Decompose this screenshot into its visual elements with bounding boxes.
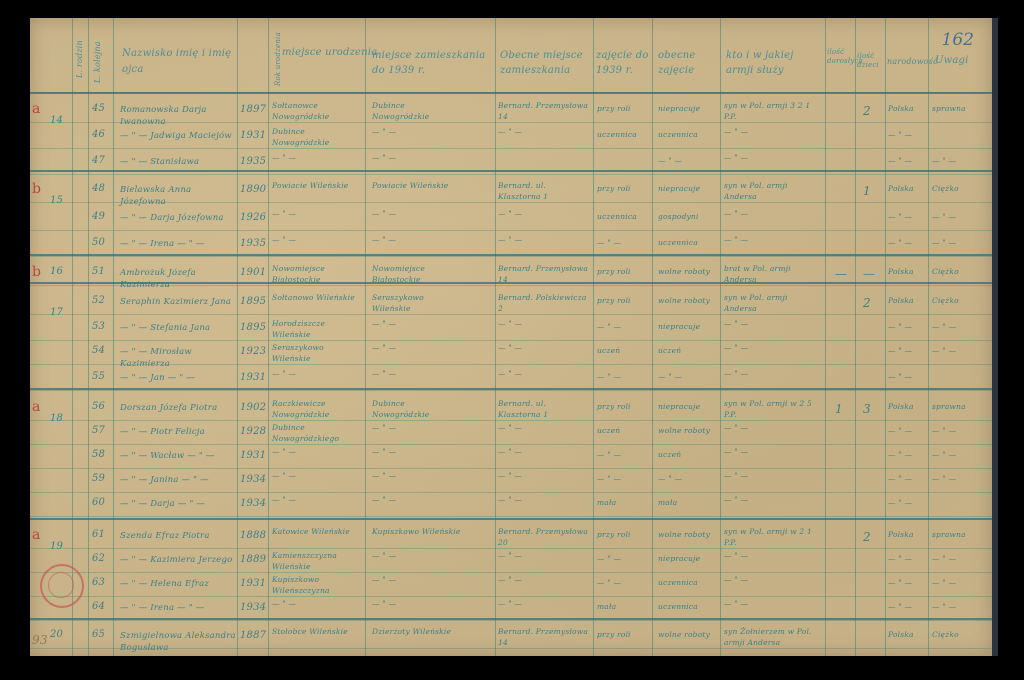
cell-occ1939: przy roli [597,297,631,305]
cell-occ-now: niepracuje [658,323,700,331]
cell-name: — " — Jan — " — [120,373,238,385]
cell-res1939: Dubince Nowogródzkie [372,100,464,123]
register-page: 162 L. rodzin L. kolejna Nazwisko imię i… [30,18,992,656]
header-army: kto i w jakiej armji służy [726,48,822,78]
entry-number: 54 [92,346,105,356]
cell-birth: — " — [272,494,364,505]
cell-current: — " — [498,574,590,585]
cell-remarks: — " — [932,475,956,483]
cell-occ-now: wolne roboty [658,297,710,305]
row-rule [30,364,992,365]
cell-name: — " — Mirosław Kazimierza [120,347,238,371]
cell-res1939: — " — [372,126,464,137]
cell-year: 1931 [240,451,266,461]
cell-current: — " — [498,208,590,219]
family-group-rule [30,282,992,284]
cell-occ1939: przy roli [597,185,631,193]
cell-nat: — " — [888,157,912,165]
cell-nat: — " — [888,427,912,435]
cell-current: — " — [498,550,590,561]
column-rule [885,18,886,656]
sheet-number: 93 [32,634,48,646]
cell-children: — [863,268,875,280]
cell-res1939: — " — [372,550,464,561]
cell-nat: — " — [888,323,912,331]
row-rule [30,468,992,469]
cell-remarks: — " — [932,157,956,165]
entry-number: 62 [92,554,105,564]
cell-army: — " — [724,152,816,163]
family-number: 20 [50,630,63,640]
cell-birth: — " — [272,470,364,481]
family-number: 14 [50,116,63,126]
cell-year: 1934 [240,499,266,509]
cell-name: Romanowska Darja Iwanowna [120,105,238,129]
cell-current: — " — [498,234,590,245]
entry-number: 48 [92,184,105,194]
cell-children: 2 [863,297,871,309]
cell-remarks: sprawna [932,403,966,411]
cell-occ-now: uczeń [658,347,681,355]
cell-name: — " — Jadwiga Maciejów [120,131,238,143]
header-children: ilość dzieci [857,52,885,70]
cell-remarks: — " — [932,579,956,587]
column-rule [593,18,594,656]
cell-occ1939: uczeń [597,347,620,355]
row-rule [30,648,992,649]
cell-occ-now: niepracuje [658,105,700,113]
family-mark: b [32,265,41,279]
cell-birth: Raczkiewicze Nowogródzkie [272,398,364,421]
cell-name: — " — Darja — " — [120,499,238,511]
cell-army: syn Żołnierzem w Pol. armji Andersa [724,626,816,649]
cell-remarks: Ciężko [932,297,959,305]
family-group-rule [30,170,992,172]
cell-birth: — " — [272,368,364,379]
cell-res1939: — " — [372,422,464,433]
cell-occ-now: gospodyni [658,213,699,221]
cell-year: 1934 [240,603,266,613]
cell-nat: Polska [888,531,914,539]
cell-remarks: — " — [932,451,956,459]
cell-name: Ambrożuk Józefa Kazimierza [120,268,238,292]
cell-children: 2 [863,531,871,543]
header-nationality: narodowość [887,58,938,66]
cell-name: Bielawska Anna Józefowna [120,185,238,209]
cell-name: — " — Helena Efraz [120,579,238,591]
cell-occ1939: — " — [597,451,621,459]
header-residence-1939: miejsce zamieszkania do 1939 r. [372,48,492,78]
family-group-rule [30,254,992,256]
cell-nat: — " — [888,475,912,483]
row-rule [30,620,992,621]
row-rule [30,174,992,175]
cell-occ-now: wolne roboty [658,531,710,539]
cell-current: Bernard. ul. Klasztorna 1 [498,398,590,421]
cell-army: — " — [724,494,816,505]
cell-name: Dorszan Józefa Piotra [120,403,238,415]
cell-year: 1934 [240,475,266,485]
cell-army: — " — [724,470,816,481]
cell-occ1939: — " — [597,323,621,331]
cell-year: 1895 [240,297,266,307]
cell-occ1939: — " — [597,373,621,381]
cell-occ1939: uczeń [597,427,620,435]
cell-occ-now: — " — [658,157,682,165]
family-number: 17 [50,308,63,318]
cell-birth: Kamienszczyzna Wileńskie [272,550,364,573]
cell-year: 1931 [240,131,266,141]
cell-army: syn w Pol. armji w 2 1 P.P. [724,526,816,549]
cell-current: Bernard. Przemysłowa 14 [498,100,590,123]
cell-army: syn w Pol. armji Andersa [724,292,816,315]
cell-res1939: — " — [372,574,464,585]
row-rule [30,230,992,231]
cell-name: Szenda Efraz Piotra [120,531,238,543]
cell-remarks: — " — [932,347,956,355]
cell-occ1939: — " — [597,475,621,483]
cell-current: — " — [498,598,590,609]
cell-name: — " — Irena — " — [120,603,238,615]
cell-birth: Stołobce Wileńskie [272,626,364,637]
cell-army: — " — [724,598,816,609]
cell-army: — " — [724,550,816,561]
cell-army: — " — [724,342,816,353]
row-rule [30,444,992,445]
cell-birth: Kupiszkowo Wileńszczyzna [272,574,364,597]
cell-occ-now: uczeń [658,451,681,459]
family-group-rule [30,518,992,520]
cell-year: 1931 [240,373,266,383]
cell-birth: Katowice Wileńskie [272,526,364,537]
cell-occ1939: przy roli [597,631,631,639]
cell-name: Szmigielnowa Aleksandra Bogusława [120,631,238,655]
entry-number: 63 [92,578,105,588]
cell-remarks: — " — [932,555,956,563]
cell-year: 1895 [240,323,266,333]
entry-number: 51 [92,267,105,277]
cell-occ1939: — " — [597,579,621,587]
cell-nat: Polska [888,403,914,411]
family-group-rule [30,388,992,390]
column-rule [72,18,73,656]
entry-number: 59 [92,474,105,484]
entry-number: 58 [92,450,105,460]
cell-army: — " — [724,126,816,137]
cell-current: — " — [498,470,590,481]
column-rule [88,18,89,656]
cell-birth: — " — [272,208,364,219]
cell-children: 1 [863,185,871,197]
cell-occ1939: przy roli [597,268,631,276]
header-birth-year: Rok urodzenia [275,32,282,86]
cell-nat: Polska [888,185,914,193]
cell-res1939: Dzierżoty Wileńskie [372,626,464,637]
cell-occ-now: mała [658,499,677,507]
cell-occ-now: uczennica [658,603,698,611]
column-rule [113,18,114,656]
entry-number: 49 [92,212,105,222]
cell-occ1939: przy roli [597,105,631,113]
cell-army: — " — [724,446,816,457]
cell-birth: Seraszykowo Wileńskie [272,342,364,365]
cell-occ-now: niepracuje [658,403,700,411]
column-rule [652,18,653,656]
cell-current: — " — [498,446,590,457]
cell-occ1939: — " — [597,239,621,247]
cell-res1939: — " — [372,152,464,163]
cell-remarks: sprawna [932,531,966,539]
cell-occ-now: uczennica [658,131,698,139]
cell-res1939: — " — [372,470,464,481]
column-rule [720,18,721,656]
cell-nat: — " — [888,131,912,139]
entry-number: 57 [92,426,105,436]
cell-nat: — " — [888,555,912,563]
cell-year: 1890 [240,185,266,195]
entry-number: 61 [92,530,105,540]
family-group-rule [30,92,992,94]
cell-nat: Polska [888,631,914,639]
cell-birth: Sołtanowce Nowogródzkie [272,100,364,123]
header-occupation-1939: zajęcie do 1939 r. [596,48,652,78]
cell-res1939: — " — [372,494,464,505]
entry-number: 53 [92,322,105,332]
header-name: Nazwisko imię i imię ojca [122,46,232,78]
cell-occ1939: mała [597,603,616,611]
cell-army: — " — [724,234,816,245]
family-mark: a [32,528,41,542]
cell-year: 1923 [240,347,266,357]
cell-current: Bernard. Przemysłowa 20 [498,526,590,549]
cell-res1939: Seraszykowo Wileńskie [372,292,464,315]
row-rule [30,256,992,257]
cell-name: — " — Stanisława [120,157,238,169]
cell-nat: — " — [888,579,912,587]
cell-remarks: sprawna [932,105,966,113]
row-rule [30,516,992,517]
cell-army: syn w Pol. armji Andersa [724,180,816,203]
row-rule [30,390,992,391]
cell-res1939: — " — [372,368,464,379]
family-number: 16 [50,267,63,277]
cell-year: 1888 [240,531,266,541]
entry-number: 47 [92,156,105,166]
row-rule [30,148,992,149]
header-remarks: Uwagi [935,56,969,66]
cell-birth: — " — [272,152,364,163]
cell-occ1939: uczennica [597,213,637,221]
cell-year: 1931 [240,579,266,589]
header-adults: ilość dorosłych [827,48,855,66]
cell-nat: — " — [888,213,912,221]
cell-remarks: Ciężko [932,631,959,639]
cell-occ1939: mała [597,499,616,507]
cell-nat: Polska [888,297,914,305]
entry-number: 50 [92,238,105,248]
entry-number: 46 [92,130,105,140]
row-rule [30,340,992,341]
cell-occ-now: — " — [658,373,682,381]
entry-number: 45 [92,104,105,114]
family-mark: a [32,400,41,414]
header-birth-place: miejsce urodzenia [282,48,377,58]
cell-res1939: — " — [372,446,464,457]
cell-remarks: — " — [932,427,956,435]
cell-remarks: — " — [932,603,956,611]
cell-army: syn w Pol. armji w 2 5 P.P. [724,398,816,421]
cell-nat: — " — [888,603,912,611]
cell-year: 1897 [240,105,266,115]
cell-current: Bernard. Przemysłowa 14 [498,626,590,649]
cell-birth: Sołtanowo Wileńskie [272,292,364,303]
cell-children: 2 [863,105,871,117]
cell-occ-now: uczennica [658,239,698,247]
cell-current: — " — [498,422,590,433]
entry-number: 65 [92,630,105,640]
row-rule [30,285,992,286]
cell-children: 3 [863,403,871,415]
cell-res1939: — " — [372,598,464,609]
cell-occ-now: niepracuje [658,185,700,193]
cell-current: — " — [498,342,590,353]
cell-birth: — " — [272,234,364,245]
row-rule [30,572,992,573]
cell-res1939: — " — [372,234,464,245]
column-rule [268,18,269,656]
family-number: 15 [50,196,63,206]
column-rule [928,18,929,656]
header-current-occupation: obecne zajęcie [658,48,718,78]
cell-name: — " — Stefania Jana [120,323,238,335]
entry-number: 52 [92,296,105,306]
page-number: 162 [942,30,974,50]
entry-number: 64 [92,602,105,612]
row-rule [30,420,992,421]
column-rule [855,18,856,656]
cell-army: — " — [724,208,816,219]
cell-current: — " — [498,494,590,505]
cell-occ-now: wolne roboty [658,631,710,639]
cell-occ1939: — " — [597,555,621,563]
cell-year: 1926 [240,213,266,223]
cell-birth: Dubince Nowogródzkiego [272,422,364,445]
cell-occ1939: przy roli [597,403,631,411]
cell-occ1939: przy roli [597,531,631,539]
entry-number: 56 [92,402,105,412]
cell-res1939: Powiacie Wileńskie [372,180,464,191]
cell-year: 1935 [240,157,266,167]
cell-army: syn w Pol. armji 3 2 1 P.P. [724,100,816,123]
row-rule [30,122,992,123]
cell-name: — " — Wacław — " — [120,451,238,463]
column-rule [365,18,366,656]
cell-year: 1901 [240,268,266,278]
column-rule [495,18,496,656]
entry-number: 55 [92,372,105,382]
cell-res1939: — " — [372,208,464,219]
cell-army: — " — [724,574,816,585]
cell-occ-now: uczennica [658,579,698,587]
cell-year: 1928 [240,427,266,437]
row-rule [30,314,992,315]
cell-year: 1889 [240,555,266,565]
cell-birth: — " — [272,598,364,609]
cell-occ1939: uczennica [597,131,637,139]
cell-occ-now: niepracuje [658,555,700,563]
cell-current: — " — [498,368,590,379]
cell-remarks: — " — [932,213,956,221]
cell-res1939: Dubince Nowogródzkie [372,398,464,421]
cell-res1939: Kupiszkowo Wileńskie [372,526,464,537]
cell-occ-now: wolne roboty [658,268,710,276]
cell-birth: Horodziszcze Wileńskie [272,318,364,341]
cell-name: — " — Darja Józefowna [120,213,238,225]
cell-army: — " — [724,318,816,329]
cell-name: — " — Kazimiera Jerzego [120,555,238,567]
family-mark: b [32,182,41,196]
cell-nat: — " — [888,499,912,507]
cell-current: — " — [498,126,590,137]
cell-remarks: — " — [932,239,956,247]
family-number: 19 [50,542,63,552]
row-rule [30,492,992,493]
cell-adults: 1 [835,403,843,415]
cell-name: — " — Piotr Felicja [120,427,238,439]
cell-occ-now: wolne roboty [658,427,710,435]
cell-army: — " — [724,422,816,433]
cell-nat: Polska [888,268,914,276]
column-rule [825,18,826,656]
cell-birth: Powiacie Wileńskie [272,180,364,191]
header-entry-no: L. kolejna [94,41,102,83]
cell-birth: — " — [272,446,364,457]
cell-current: Bernard. Polskiewicza 2 [498,292,590,315]
row-rule [30,202,992,203]
row-rule [30,548,992,549]
cell-nat: — " — [888,239,912,247]
red-stamp [40,564,84,608]
cell-year: 1935 [240,239,266,249]
cell-year: 1902 [240,403,266,413]
header-family-no: L. rodzin [76,40,84,78]
cell-name: — " — Irena — " — [120,239,238,251]
entry-number: 60 [92,498,105,508]
cell-occ-now: — " — [658,475,682,483]
cell-year: 1887 [240,631,266,641]
cell-res1939: — " — [372,318,464,329]
cell-name: Seraphin Kazimierz Jana [120,297,238,309]
cell-nat: — " — [888,451,912,459]
cell-name: — " — Janina — " — [120,475,238,487]
cell-current: Bernard. ul. Klasztorna 1 [498,180,590,203]
cell-birth: Dubince Nowogródzkie [272,126,364,149]
cell-remarks: Ciężko [932,185,959,193]
row-rule [30,596,992,597]
cell-remarks: Ciężko [932,268,959,276]
cell-remarks: — " — [932,323,956,331]
cell-adults: — [835,268,847,280]
cell-nat: — " — [888,373,912,381]
cell-nat: Polska [888,105,914,113]
header-current-residence: Obecne miejsce zamieszkania [500,48,592,78]
family-group-rule [30,618,992,620]
cell-current: — " — [498,318,590,329]
cell-res1939: — " — [372,342,464,353]
cell-nat: — " — [888,347,912,355]
family-mark: a [32,102,41,116]
cell-army: — " — [724,368,816,379]
